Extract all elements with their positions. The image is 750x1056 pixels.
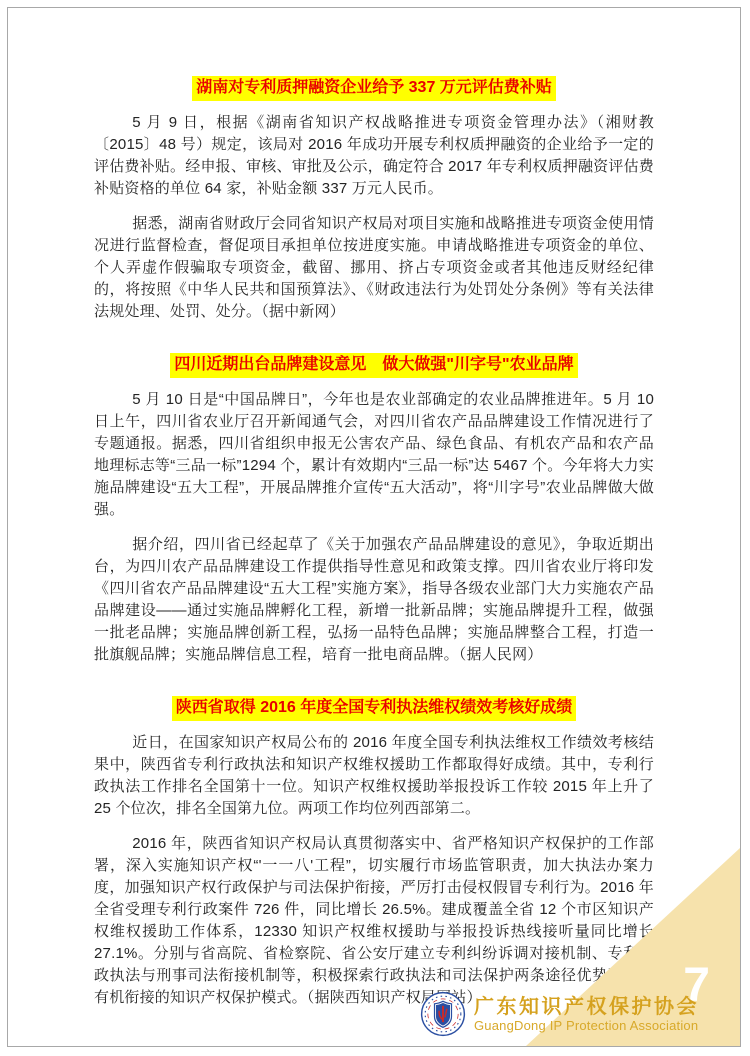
- association-logo-icon: [420, 991, 466, 1037]
- org-name-en: GuangDong IP Protection Association: [474, 1018, 699, 1033]
- document-page: 湖南对专利质押融资企业给予 337 万元评估费补贴 5 月 9 日，根据《湖南省…: [7, 7, 741, 1047]
- article-title: 湖南对专利质押融资企业给予 337 万元评估费补贴: [94, 76, 654, 101]
- newsletter-content: 湖南对专利质押融资企业给予 337 万元评估费补贴 5 月 9 日，根据《湖南省…: [8, 8, 740, 1009]
- article-paragraph: 2016 年，陕西省知识产权局认真贯彻落实中、省严格知识产权保护的工作部署，深入…: [94, 833, 654, 1009]
- article-title: 四川近期出台品牌建设意见 做大做强"川字号"农业品牌: [94, 353, 654, 378]
- article-title-highlight: 四川近期出台品牌建设意见 做大做强"川字号"农业品牌: [170, 353, 577, 378]
- org-name-cn: 广东知识产权保护协会: [474, 996, 699, 1018]
- footer-brand: 广东知识产权保护协会 GuangDong IP Protection Assoc…: [420, 991, 699, 1037]
- footer-brand-text: 广东知识产权保护协会 GuangDong IP Protection Assoc…: [474, 996, 699, 1033]
- article-title-highlight: 湖南对专利质押融资企业给予 337 万元评估费补贴: [192, 76, 556, 101]
- article-title-highlight: 陕西省取得 2016 年度全国专利执法维权绩效考核好成绩: [172, 696, 577, 721]
- article-shaanxi-enforcement: 陕西省取得 2016 年度全国专利执法维权绩效考核好成绩 近日，在国家知识产权局…: [94, 696, 654, 1009]
- article-hunan-subsidy: 湖南对专利质押融资企业给予 337 万元评估费补贴 5 月 9 日，根据《湖南省…: [94, 76, 654, 323]
- article-paragraph: 5 月 9 日，根据《湖南省知识产权战略推进专项资金管理办法》（湘财教〔2015…: [94, 112, 654, 200]
- article-paragraph: 据介绍，四川省已经起草了《关于加强农产品品牌建设的意见》，争取近期出台，为四川农…: [94, 534, 654, 666]
- article-title: 陕西省取得 2016 年度全国专利执法维权绩效考核好成绩: [94, 696, 654, 721]
- article-paragraph: 5 月 10 日是“中国品牌日”，今年也是农业部确定的农业品牌推进年。5 月 1…: [94, 389, 654, 521]
- article-sichuan-brand: 四川近期出台品牌建设意见 做大做强"川字号"农业品牌 5 月 10 日是“中国品…: [94, 353, 654, 666]
- article-paragraph: 据悉，湖南省财政厅会同省知识产权局对项目实施和战略推进专项资金使用情况进行监督检…: [94, 213, 654, 323]
- article-paragraph: 近日，在国家知识产权局公布的 2016 年度全国专利执法维权工作绩效考核结果中，…: [94, 732, 654, 820]
